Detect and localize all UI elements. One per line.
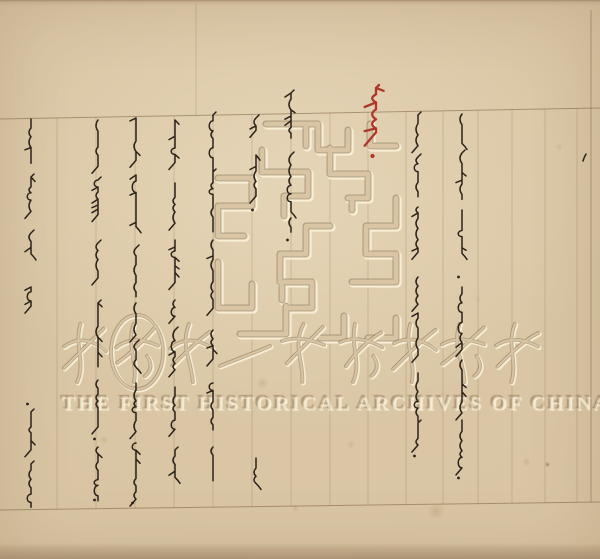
document-ink-and-ruling-layer — [0, 0, 600, 559]
archival-document-scan: THE FIRST HISTORICAL ARCHIVES OF CHINA — [0, 0, 600, 559]
script-column — [92, 120, 102, 501]
script-column — [583, 154, 586, 161]
script-column — [25, 119, 36, 507]
script-column — [169, 120, 180, 483]
script-column — [412, 112, 421, 452]
script-column — [456, 114, 467, 475]
script-column — [130, 118, 141, 506]
